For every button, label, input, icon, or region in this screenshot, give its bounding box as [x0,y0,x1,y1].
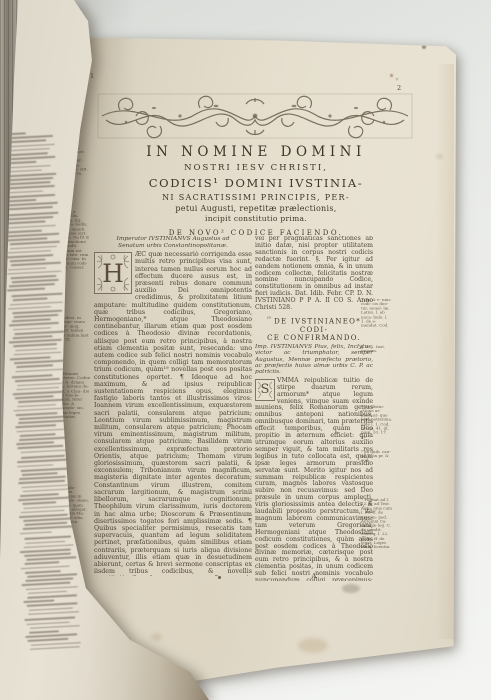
book-photograph: 1 2 [0,0,491,700]
chapter-heading: ¹⁹ DE IVSTINIANEO* CODI- CE CONFIRMANDO. [255,316,373,343]
column-number-right: 2 [397,84,401,92]
left-page-curve-shading [0,0,220,700]
foxing-stain [298,638,328,653]
heading-reference-mark: ¹⁹ [267,317,271,322]
foxing-stain [396,78,398,80]
initial-letter-s: S [261,383,270,396]
signature-mark: A [255,572,373,580]
foxing-stain [436,154,443,159]
margin-note-right-5: * Pugnat ad l. 12. ff. ad Test. Anto- ni… [361,498,407,587]
left-page-curled [0,0,220,700]
woodcut-initial-s: S [255,379,275,401]
col2-inscription: Imp. IVSTINIANVS Pius, felix, Inclytus, … [255,344,373,376]
col2-continuation-text: vel per pragmaticas sanctiones ab initio… [255,236,373,312]
margin-note-right-2: §. 5. 1. Inst. proœm. [361,345,407,360]
chapter-heading-line2: CE CONFIRMANDO. [267,334,361,342]
foxing-stain [390,74,393,77]
margin-note-right-1: * qui & v- nius codi- cis dici- tur, nou… [361,298,407,350]
corner-speck [422,45,426,49]
margin-note-right-4: * ex quib. cau- sa. 2. in pr. & eod. [361,450,407,472]
text-column-2: vel per pragmaticas sanctiones ab initio… [255,236,373,581]
foxing-stain [342,584,360,593]
col2-body-text: VMMA reipublicæ tuitio de stirpe duarum … [255,377,373,581]
chapter-heading-line1: DE IVSTINIANEO* CODI- [274,317,361,334]
